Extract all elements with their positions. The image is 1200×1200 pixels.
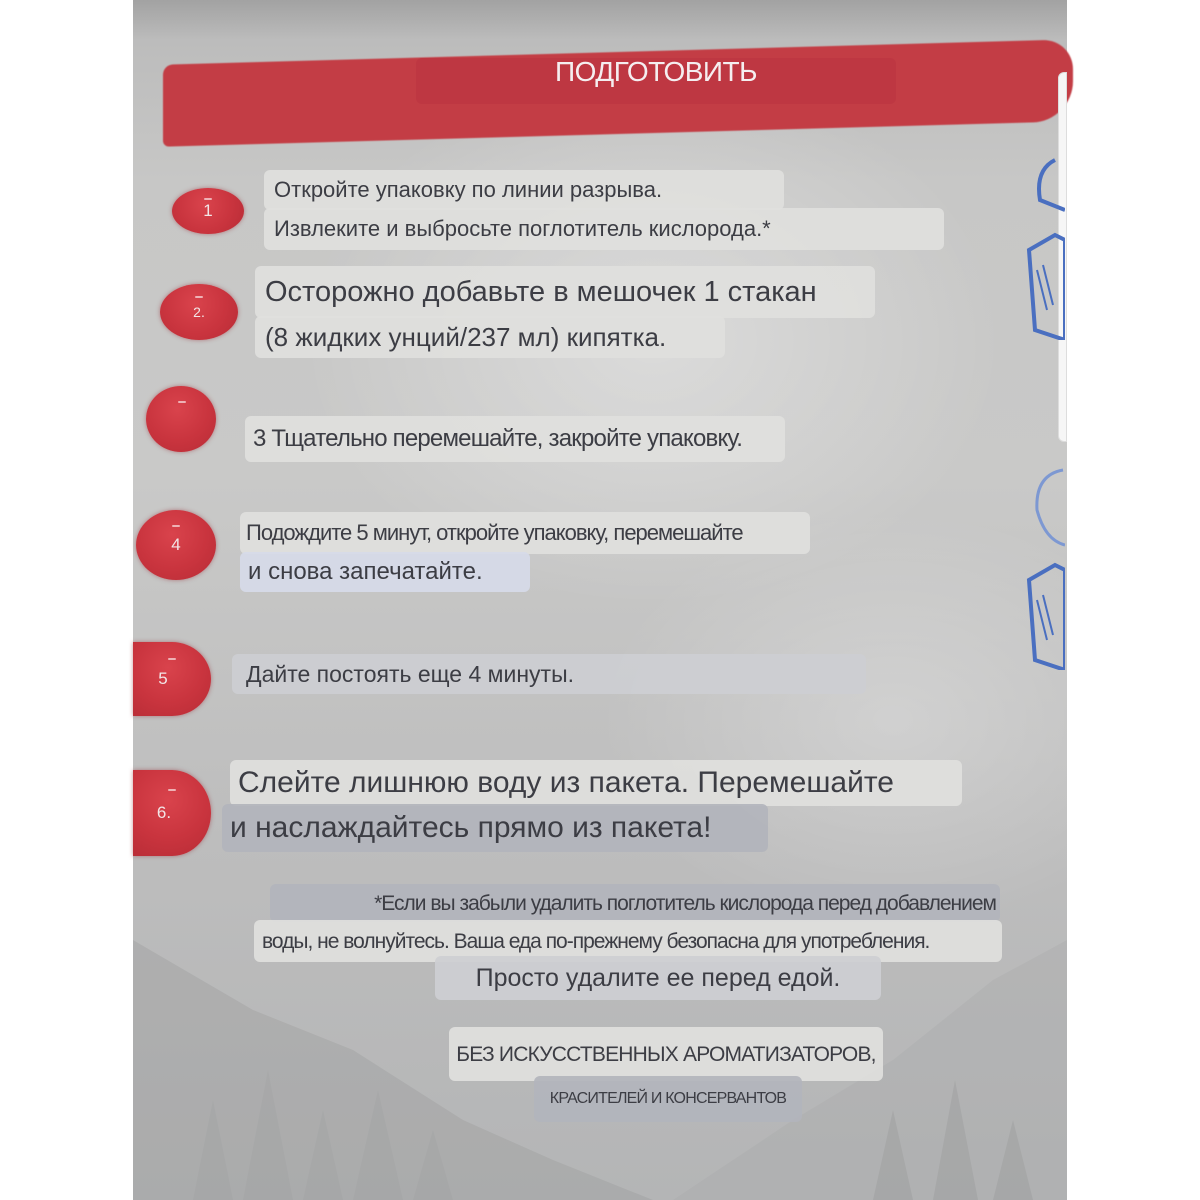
claim-line-1: БЕЗ ИСКУССТВЕННЫХ АРОМАТИЗАТОРОВ,: [449, 1027, 883, 1081]
step-4-line-2: и снова запечатайте.: [240, 552, 530, 592]
header-title: ПОДГОТОВИТЬ: [416, 52, 896, 92]
claim-line-2: КРАСИТЕЛЕЙ И КОНСЕРВАНТОВ: [534, 1076, 802, 1122]
pouch-stir-illustration: [1025, 460, 1065, 670]
step-5-text: Дайте постоять еще 4 минуты.: [232, 654, 866, 694]
step-2-line-2: (8 жидких унций/237 мл) кипятка.: [255, 316, 725, 358]
step-6-line-2: и наслаждайтесь прямо из пакета!: [222, 804, 768, 852]
step-4-number: 4: [171, 535, 180, 555]
step-1-line-2: Извлеките и выбросьте поглотитель кислор…: [264, 208, 944, 250]
step-4-badge: 4: [136, 510, 216, 580]
step-3-badge: [146, 386, 216, 452]
footnote-line-3: Просто удалите ее перед едой.: [435, 956, 881, 1000]
step-6-badge: 6.: [133, 770, 211, 856]
step-5-number: 5: [158, 669, 167, 689]
pouch-pour-illustration: [1025, 140, 1065, 340]
step-4-line-1: Подождите 5 минут, откройте упаковку, пе…: [240, 512, 810, 554]
footnote-line-1: *Если вы забыли удалить поглотитель кисл…: [270, 884, 1000, 922]
step-1-badge: 1: [172, 188, 244, 234]
step-6-number: 6.: [157, 803, 171, 823]
step-6-line-1: Слейте лишнюю воду из пакета. Перемешайт…: [230, 760, 962, 806]
step-2-number: 2.: [193, 304, 205, 320]
step-5-badge: 5: [133, 642, 211, 716]
step-1-line-1: Откройте упаковку по линии разрыва.: [264, 170, 784, 210]
step-3-text: 3 Тщательно перемешайте, закройте упаков…: [245, 416, 785, 462]
step-2-badge: 2.: [160, 284, 238, 340]
step-2-line-1: Осторожно добавьте в мешочек 1 стакан: [255, 266, 875, 318]
step-1-number: 1: [203, 201, 212, 221]
